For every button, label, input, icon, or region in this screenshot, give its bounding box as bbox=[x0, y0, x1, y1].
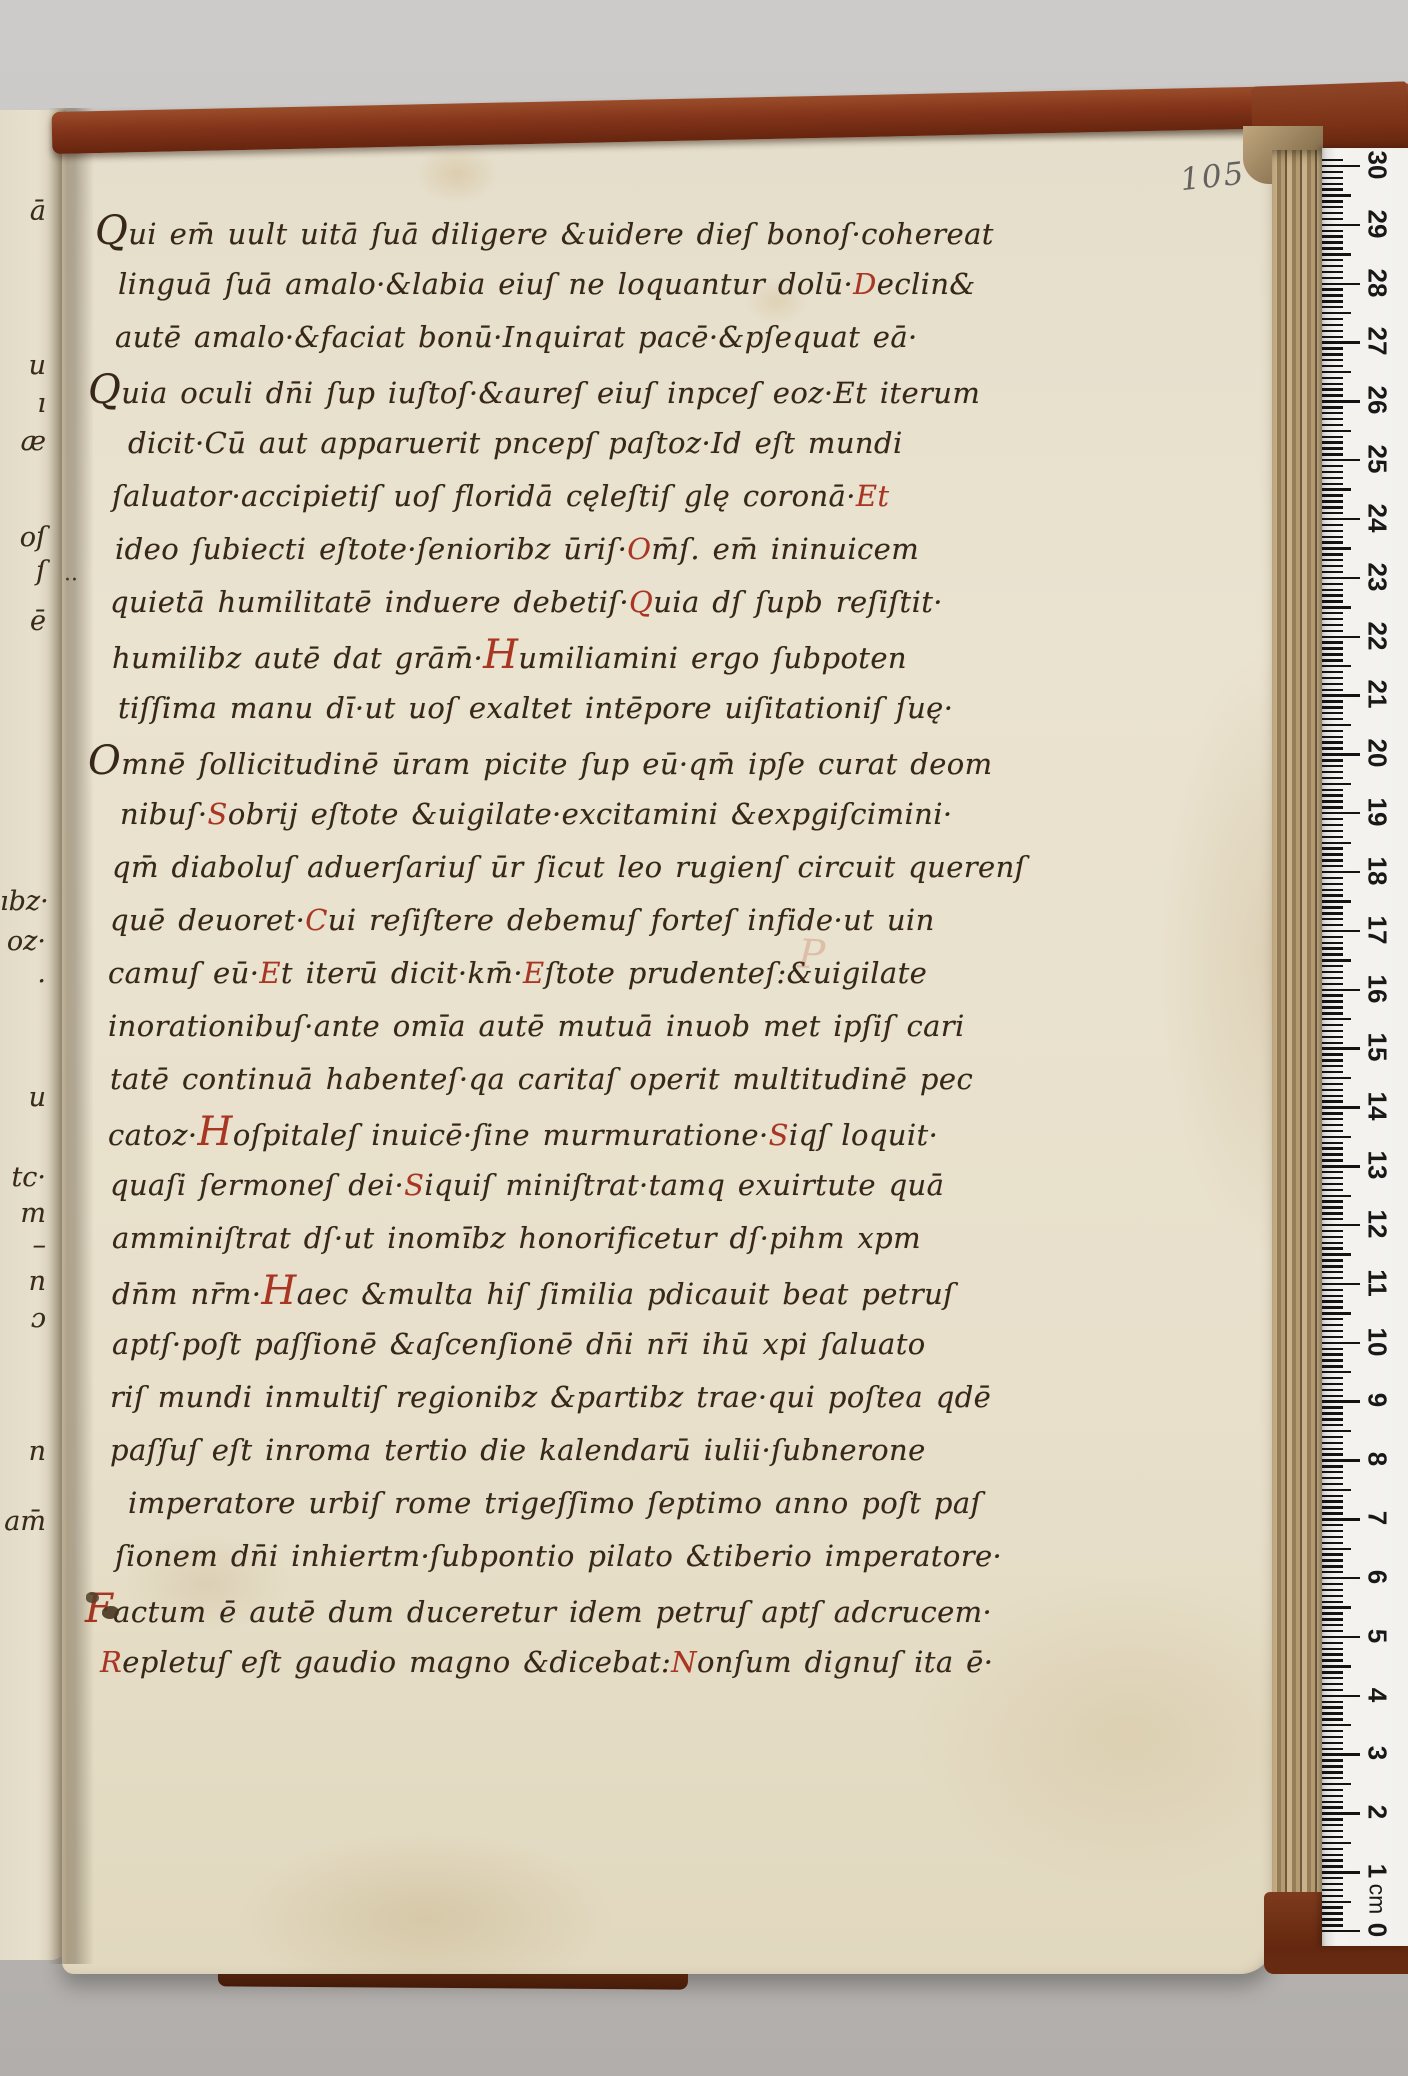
cm-tick bbox=[1322, 1753, 1360, 1755]
text-segment: quē deuoret· bbox=[110, 903, 305, 937]
rubricated-initial: Et bbox=[856, 479, 890, 513]
mm-tick bbox=[1322, 665, 1351, 667]
mm-tick bbox=[1322, 1089, 1343, 1091]
rubricated-initial: E bbox=[523, 956, 545, 990]
mm-tick bbox=[1322, 465, 1343, 467]
verso-text-fragment: oſ bbox=[0, 524, 46, 551]
mm-tick bbox=[1322, 1912, 1343, 1914]
mm-tick bbox=[1322, 1006, 1343, 1008]
manuscript-line: riſ mundi inmultiſ regionibz &partibz tr… bbox=[110, 1371, 991, 1424]
cm-tick bbox=[1322, 341, 1360, 343]
ruler-number: 28 bbox=[1362, 262, 1393, 304]
verso-text-fragment: – bbox=[0, 1232, 46, 1259]
ruler-number: 3 bbox=[1362, 1732, 1393, 1774]
text-segment: actum ē autē dum duceretur idem petruſ a… bbox=[113, 1595, 992, 1629]
mm-tick bbox=[1322, 306, 1343, 308]
mm-tick bbox=[1322, 241, 1343, 243]
mm-tick bbox=[1322, 265, 1343, 267]
mm-tick bbox=[1322, 1030, 1343, 1032]
mm-tick bbox=[1322, 1536, 1343, 1538]
mm-tick bbox=[1322, 1524, 1343, 1526]
mm-tick bbox=[1322, 1383, 1343, 1385]
cm-tick bbox=[1322, 1283, 1360, 1285]
cm-tick bbox=[1322, 1224, 1360, 1226]
mm-tick bbox=[1322, 706, 1343, 708]
verso-text-fragment: oz· bbox=[0, 928, 46, 955]
mm-tick bbox=[1322, 1253, 1351, 1255]
mm-tick bbox=[1322, 983, 1343, 985]
rubricated-initial: H bbox=[261, 1268, 296, 1314]
cm-tick bbox=[1322, 753, 1360, 755]
verso-text-fragment: u bbox=[0, 1084, 46, 1111]
mm-tick bbox=[1322, 406, 1343, 408]
mm-tick bbox=[1322, 853, 1343, 855]
mm-tick bbox=[1322, 206, 1343, 208]
text-segment: ui em̄ uult uitā ſuā diligere &uidere di… bbox=[128, 217, 994, 251]
ruler-number: 5 bbox=[1362, 1615, 1393, 1657]
ruler-number: 15 bbox=[1362, 1026, 1393, 1068]
verso-text-fragment: ɔ bbox=[0, 1305, 46, 1332]
mm-tick bbox=[1322, 1247, 1343, 1249]
verso-text-fragment: tc· bbox=[0, 1164, 46, 1191]
mm-tick bbox=[1322, 1589, 1343, 1591]
mm-tick bbox=[1322, 200, 1343, 202]
mm-tick bbox=[1322, 1300, 1343, 1302]
manuscript-line: Qui em̄ uult uitā ſuā diligere &uidere d… bbox=[95, 205, 994, 258]
mm-tick bbox=[1322, 1442, 1343, 1444]
mm-tick bbox=[1322, 1365, 1343, 1367]
mm-tick bbox=[1322, 606, 1351, 608]
mm-tick bbox=[1322, 553, 1343, 555]
text-segment: oſpitaleſ inuicē·ſine murmuratione· bbox=[233, 1118, 769, 1152]
mm-tick bbox=[1322, 1718, 1343, 1720]
mm-tick bbox=[1322, 1736, 1343, 1738]
mm-tick bbox=[1322, 1895, 1343, 1897]
mm-tick bbox=[1322, 671, 1343, 673]
mm-tick bbox=[1322, 171, 1343, 173]
mm-tick bbox=[1322, 1371, 1351, 1373]
mm-tick bbox=[1322, 1289, 1343, 1291]
cm-tick bbox=[1322, 165, 1360, 167]
cm-tick bbox=[1322, 1577, 1360, 1579]
mm-tick bbox=[1322, 1312, 1351, 1314]
rubricated-initial: S bbox=[208, 797, 228, 831]
ruler-number: 10 bbox=[1362, 1321, 1393, 1363]
mm-tick bbox=[1322, 194, 1351, 196]
mm-tick bbox=[1322, 1683, 1343, 1685]
offset-ink-ghost: P bbox=[797, 931, 826, 978]
text-segment: quietā humilitatē induere debetiſ· bbox=[110, 585, 629, 619]
mm-tick bbox=[1322, 1153, 1343, 1155]
mm-tick bbox=[1322, 1230, 1343, 1232]
mm-tick bbox=[1322, 789, 1343, 791]
mm-tick bbox=[1322, 1183, 1343, 1185]
mm-tick bbox=[1322, 512, 1343, 514]
mm-tick bbox=[1322, 1601, 1343, 1603]
mm-tick bbox=[1322, 777, 1343, 779]
mm-tick bbox=[1322, 1653, 1343, 1655]
cm-ruler: 0123456789101112131415161718192021222324… bbox=[1322, 148, 1408, 1946]
text-segment: mnē ſollicitudinē ūram picite ſup eū·qm̄… bbox=[121, 747, 992, 781]
mm-tick bbox=[1322, 794, 1343, 796]
ruler-number: 24 bbox=[1362, 497, 1393, 539]
rubricated-initial: S bbox=[769, 1118, 789, 1152]
mm-tick bbox=[1322, 353, 1343, 355]
manuscript-line: ideo ſubiecti eſtote·ſenioribz ūriſ·Om̄ſ… bbox=[115, 523, 919, 576]
mm-tick bbox=[1322, 1336, 1343, 1338]
mm-tick bbox=[1322, 683, 1343, 685]
text-segment: aptſ·poſt paſſionē &aſcenſionē dn̄i nr̄i… bbox=[112, 1327, 926, 1361]
mm-tick bbox=[1322, 942, 1343, 944]
mm-tick bbox=[1322, 359, 1343, 361]
mm-tick bbox=[1322, 1842, 1351, 1844]
manuscript-line: ſionem dn̄i inhiertm·ſubpontio pilato &t… bbox=[115, 1530, 1002, 1583]
mm-tick bbox=[1322, 536, 1343, 538]
text-segment: quaſi ſermoneſ dei· bbox=[110, 1168, 404, 1202]
cm-tick bbox=[1322, 459, 1360, 461]
verso-text-fragment: m bbox=[0, 1200, 46, 1227]
mm-tick bbox=[1322, 547, 1351, 549]
mm-tick bbox=[1322, 1706, 1343, 1708]
text-segment: amminiſtrat dſ·ut inomībz honorificetur … bbox=[112, 1221, 921, 1255]
mm-tick bbox=[1322, 541, 1343, 543]
mm-tick bbox=[1322, 259, 1343, 261]
mm-tick bbox=[1322, 1100, 1343, 1102]
text-segment: ſionem dn̄i inhiertm·ſubpontio pilato &t… bbox=[115, 1539, 1002, 1573]
cm-tick bbox=[1322, 1106, 1360, 1108]
text-segment: dicit·Cū aut apparuerit pncepſ paſtoz·Id… bbox=[128, 426, 903, 460]
rubricated-initial: E bbox=[259, 956, 281, 990]
cm-tick bbox=[1322, 400, 1360, 402]
mm-tick bbox=[1322, 1195, 1351, 1197]
mm-tick bbox=[1322, 1142, 1343, 1144]
cm-tick bbox=[1322, 1871, 1360, 1873]
mm-tick bbox=[1322, 300, 1343, 302]
mm-tick bbox=[1322, 894, 1343, 896]
mm-tick bbox=[1322, 159, 1343, 161]
text-segment: aec &multa hiſ ſimilia pdicauit beat pet… bbox=[297, 1277, 955, 1311]
mm-tick bbox=[1322, 1118, 1343, 1120]
mm-tick bbox=[1322, 1748, 1343, 1750]
mm-tick bbox=[1322, 1771, 1343, 1773]
verso-text-fragment: ı bbox=[0, 390, 46, 417]
manuscript-line: catoz·Hoſpitaleſ inuicē·ſine murmuration… bbox=[108, 1106, 938, 1159]
mm-tick bbox=[1322, 906, 1343, 908]
mm-tick bbox=[1322, 188, 1343, 190]
mm-tick bbox=[1322, 1242, 1343, 1244]
cm-tick bbox=[1322, 224, 1360, 226]
mm-tick bbox=[1322, 747, 1343, 749]
mm-tick bbox=[1322, 1806, 1343, 1808]
text-segment: camuſ eū· bbox=[108, 956, 259, 990]
mm-tick bbox=[1322, 1824, 1343, 1826]
text-segment: ideo ſubiecti eſtote·ſenioribz ūriſ· bbox=[115, 532, 627, 566]
mm-tick bbox=[1322, 994, 1343, 996]
mm-tick bbox=[1322, 1671, 1343, 1673]
text-segment: uia oculi dn̄i ſup iuſtoſ·&aureſ eiuſ in… bbox=[121, 376, 980, 410]
mm-tick bbox=[1322, 1036, 1343, 1038]
mm-tick bbox=[1322, 653, 1343, 655]
mm-tick bbox=[1322, 730, 1343, 732]
mm-tick bbox=[1322, 865, 1343, 867]
manuscript-line: Repletuſ eſt gaudio magno &dicebat:Nonſu… bbox=[100, 1636, 993, 1689]
mm-tick bbox=[1322, 741, 1343, 743]
text-segment: ui reſiſtere debemuſ forteſ infide·ut ui… bbox=[328, 903, 935, 937]
mm-tick bbox=[1322, 977, 1343, 979]
mm-tick bbox=[1322, 212, 1343, 214]
cm-tick bbox=[1322, 871, 1360, 873]
mm-tick bbox=[1322, 1077, 1351, 1079]
mm-tick bbox=[1322, 800, 1343, 802]
ruler-number: 19 bbox=[1362, 791, 1393, 833]
mm-tick bbox=[1322, 1448, 1343, 1450]
text-segment: riſ mundi inmultiſ regionibz &partibz tr… bbox=[110, 1380, 991, 1414]
text-segment: obrij eſtote &uigilate·excitamini &expgi… bbox=[228, 797, 953, 831]
cm-tick bbox=[1322, 812, 1360, 814]
mm-tick bbox=[1322, 659, 1343, 661]
cm-tick bbox=[1322, 694, 1360, 696]
mm-tick bbox=[1322, 1465, 1343, 1467]
text-segment: epletuſ eſt gaudio magno &dicebat: bbox=[122, 1645, 671, 1679]
ruler-number: 25 bbox=[1362, 438, 1393, 480]
manuscript-line: tiſſima manu dī·ut uoſ exaltet intēpore … bbox=[118, 682, 953, 735]
ruler-number: 11 bbox=[1362, 1262, 1393, 1304]
mm-tick bbox=[1322, 712, 1343, 714]
mm-tick bbox=[1322, 1630, 1343, 1632]
cm-tick bbox=[1322, 283, 1360, 285]
cm-tick bbox=[1322, 1342, 1360, 1344]
mm-tick bbox=[1322, 1471, 1343, 1473]
manuscript-line: amminiſtrat dſ·ut inomībz honorificetur … bbox=[112, 1212, 921, 1265]
mm-tick bbox=[1322, 1412, 1343, 1414]
verso-text-fragment: u bbox=[0, 352, 46, 379]
mm-tick bbox=[1322, 1801, 1343, 1803]
cm-tick bbox=[1322, 1518, 1360, 1520]
page-block-fore-edge bbox=[1272, 150, 1322, 1942]
mm-tick bbox=[1322, 1730, 1343, 1732]
mm-tick bbox=[1322, 771, 1343, 773]
mm-tick bbox=[1322, 677, 1343, 679]
mm-tick bbox=[1322, 1512, 1343, 1514]
text-segment: inorationibuſ·ante omīa autē mutuā inuob… bbox=[108, 1009, 965, 1043]
mm-tick bbox=[1322, 947, 1343, 949]
mm-tick bbox=[1322, 630, 1343, 632]
mm-tick bbox=[1322, 1112, 1343, 1114]
ruler-number: 26 bbox=[1362, 379, 1393, 421]
mm-tick bbox=[1322, 1906, 1343, 1908]
mm-tick bbox=[1322, 1701, 1343, 1703]
mm-tick bbox=[1322, 1483, 1343, 1485]
manuscript-recto-page: 105 ·· Qui em̄ uult uitā ſuā diligere &u… bbox=[62, 116, 1274, 1974]
mm-tick bbox=[1322, 1553, 1343, 1555]
mm-tick bbox=[1322, 589, 1343, 591]
mm-tick bbox=[1322, 1901, 1351, 1903]
mm-tick bbox=[1322, 1665, 1351, 1667]
mm-tick bbox=[1322, 271, 1343, 273]
mm-tick bbox=[1322, 718, 1343, 720]
text-segment: imperatore urbiſ rome trigeſſimo ſeptimo… bbox=[128, 1486, 982, 1520]
mm-tick bbox=[1322, 1271, 1343, 1273]
mm-tick bbox=[1322, 818, 1343, 820]
mm-tick bbox=[1322, 1542, 1343, 1544]
mm-tick bbox=[1322, 441, 1343, 443]
text-segment: t iterū dicit·km̄· bbox=[281, 956, 523, 990]
text-segment: eclin& bbox=[877, 267, 976, 301]
mm-tick bbox=[1322, 1348, 1343, 1350]
mm-tick bbox=[1322, 1712, 1343, 1714]
rubricated-initial: R bbox=[100, 1645, 122, 1679]
mm-tick bbox=[1322, 1795, 1343, 1797]
text-segment: humilibz autē dat grām̄· bbox=[112, 641, 483, 675]
cm-tick bbox=[1322, 577, 1360, 579]
mm-tick bbox=[1322, 436, 1343, 438]
mm-tick bbox=[1322, 418, 1343, 420]
mm-tick bbox=[1322, 1159, 1343, 1161]
mm-tick bbox=[1322, 1071, 1343, 1073]
mm-tick bbox=[1322, 494, 1343, 496]
mm-tick bbox=[1322, 1236, 1343, 1238]
ruler-number: 27 bbox=[1362, 320, 1393, 362]
mm-tick bbox=[1322, 859, 1343, 861]
mm-tick bbox=[1322, 488, 1351, 490]
mm-tick bbox=[1322, 1477, 1343, 1479]
mm-tick bbox=[1322, 483, 1343, 485]
text-segment: Q bbox=[95, 208, 128, 254]
mm-tick bbox=[1322, 1489, 1351, 1491]
mm-tick bbox=[1322, 583, 1343, 585]
rubricated-initial: Q bbox=[629, 585, 653, 619]
mm-tick bbox=[1322, 959, 1351, 961]
mm-tick bbox=[1322, 412, 1343, 414]
mm-tick bbox=[1322, 736, 1343, 738]
mm-tick bbox=[1322, 318, 1343, 320]
mm-tick bbox=[1322, 1259, 1343, 1261]
mm-tick bbox=[1322, 1624, 1343, 1626]
manuscript-line: autē amalo·&faciat bonū·Inquirat pacē·&p… bbox=[115, 311, 918, 364]
mm-tick bbox=[1322, 918, 1343, 920]
mm-tick bbox=[1322, 288, 1343, 290]
mm-tick bbox=[1322, 1918, 1343, 1920]
ruler-number: 2 bbox=[1362, 1791, 1393, 1833]
mm-tick bbox=[1322, 235, 1343, 237]
ruler-number: 18 bbox=[1362, 850, 1393, 892]
mm-tick bbox=[1322, 1854, 1343, 1856]
mm-tick bbox=[1322, 324, 1343, 326]
mm-tick bbox=[1322, 842, 1351, 844]
mm-tick bbox=[1322, 1689, 1343, 1691]
mm-tick bbox=[1322, 377, 1343, 379]
mm-tick bbox=[1322, 1436, 1343, 1438]
text-segment: qm̄ diaboluſ aduerſariuſ ūr ſicut leo ru… bbox=[112, 850, 1026, 884]
cm-tick bbox=[1322, 636, 1360, 638]
mm-tick bbox=[1322, 847, 1343, 849]
verso-text-fragment: · bbox=[0, 968, 46, 995]
mm-tick bbox=[1322, 453, 1343, 455]
mm-tick bbox=[1322, 230, 1343, 232]
mm-tick bbox=[1322, 1218, 1343, 1220]
mm-tick bbox=[1322, 1877, 1343, 1879]
mm-tick bbox=[1322, 1177, 1343, 1179]
mm-tick bbox=[1322, 594, 1343, 596]
mm-tick bbox=[1322, 1742, 1343, 1744]
text-segment: nibuſ· bbox=[120, 797, 208, 831]
verso-text-fragment: am̄ bbox=[0, 1508, 46, 1535]
mm-tick bbox=[1322, 1406, 1343, 1408]
manuscript-line: quaſi ſermoneſ dei·Siquiſ miniſtrat·tamq… bbox=[110, 1159, 944, 1212]
mm-tick bbox=[1322, 1095, 1343, 1097]
mm-tick bbox=[1322, 1648, 1343, 1650]
mm-tick bbox=[1322, 600, 1343, 602]
mm-tick bbox=[1322, 647, 1343, 649]
mm-tick bbox=[1322, 1053, 1343, 1055]
mm-tick bbox=[1322, 1789, 1343, 1791]
mm-tick bbox=[1322, 277, 1343, 279]
mm-tick bbox=[1322, 1147, 1343, 1149]
mm-tick bbox=[1322, 1212, 1343, 1214]
mm-tick bbox=[1322, 783, 1351, 785]
manuscript-line: dicit·Cū aut apparuerit pncepſ paſtoz·Id… bbox=[128, 417, 903, 470]
mm-tick bbox=[1322, 1171, 1343, 1173]
mm-tick bbox=[1322, 1330, 1343, 1332]
verso-text-fragment: æ bbox=[0, 428, 46, 455]
cm-tick bbox=[1322, 930, 1360, 932]
mm-tick bbox=[1322, 953, 1343, 955]
cm-tick bbox=[1322, 1165, 1360, 1167]
mm-tick bbox=[1322, 1924, 1343, 1926]
mm-tick bbox=[1322, 1548, 1351, 1550]
mm-tick bbox=[1322, 624, 1343, 626]
mm-tick bbox=[1322, 1012, 1343, 1014]
manuscript-line: imperatore urbiſ rome trigeſſimo ſeptimo… bbox=[128, 1477, 982, 1530]
text-segment: tiſſima manu dī·ut uoſ exaltet intēpore … bbox=[118, 691, 953, 725]
mm-tick bbox=[1322, 689, 1343, 691]
text-segment: ſtote prudenteſ:&uigilate bbox=[545, 956, 928, 990]
text-segment: uia dſ ſupb reſiſtit· bbox=[653, 585, 943, 619]
mm-tick bbox=[1322, 912, 1343, 914]
cm-tick bbox=[1322, 1400, 1360, 1402]
mm-tick bbox=[1322, 724, 1351, 726]
manuscript-line: nibuſ·Sobrij eſtote &uigilate·excitamini… bbox=[120, 788, 953, 841]
ruler-number: 8 bbox=[1362, 1438, 1393, 1480]
mm-tick bbox=[1322, 1495, 1343, 1497]
ruler-number: 20 bbox=[1362, 732, 1393, 774]
mm-tick bbox=[1322, 759, 1343, 761]
cm-tick bbox=[1322, 1812, 1360, 1814]
text-segment: iqſ loquit· bbox=[789, 1118, 938, 1152]
manuscript-line: ſaluator·accipietiſ uoſ floridā cęleſtiſ… bbox=[112, 470, 889, 523]
mm-tick bbox=[1322, 1136, 1351, 1138]
mm-tick bbox=[1322, 830, 1343, 832]
mm-tick bbox=[1322, 1430, 1351, 1432]
mm-tick bbox=[1322, 965, 1343, 967]
mm-tick bbox=[1322, 1677, 1343, 1679]
mm-tick bbox=[1322, 1865, 1343, 1867]
mm-tick bbox=[1322, 471, 1343, 473]
mm-tick bbox=[1322, 1606, 1351, 1608]
mm-tick bbox=[1322, 347, 1343, 349]
rubricated-initial: S bbox=[404, 1168, 424, 1202]
ruler-number: 9 bbox=[1362, 1379, 1393, 1421]
ruler-number: 12 bbox=[1362, 1203, 1393, 1245]
mm-tick bbox=[1322, 877, 1343, 879]
mm-tick bbox=[1322, 1818, 1343, 1820]
mm-tick bbox=[1322, 1783, 1351, 1785]
mm-tick bbox=[1322, 430, 1351, 432]
mm-tick bbox=[1322, 1318, 1343, 1320]
mm-tick bbox=[1322, 559, 1343, 561]
mm-tick bbox=[1322, 1065, 1343, 1067]
mm-tick bbox=[1322, 1583, 1343, 1585]
